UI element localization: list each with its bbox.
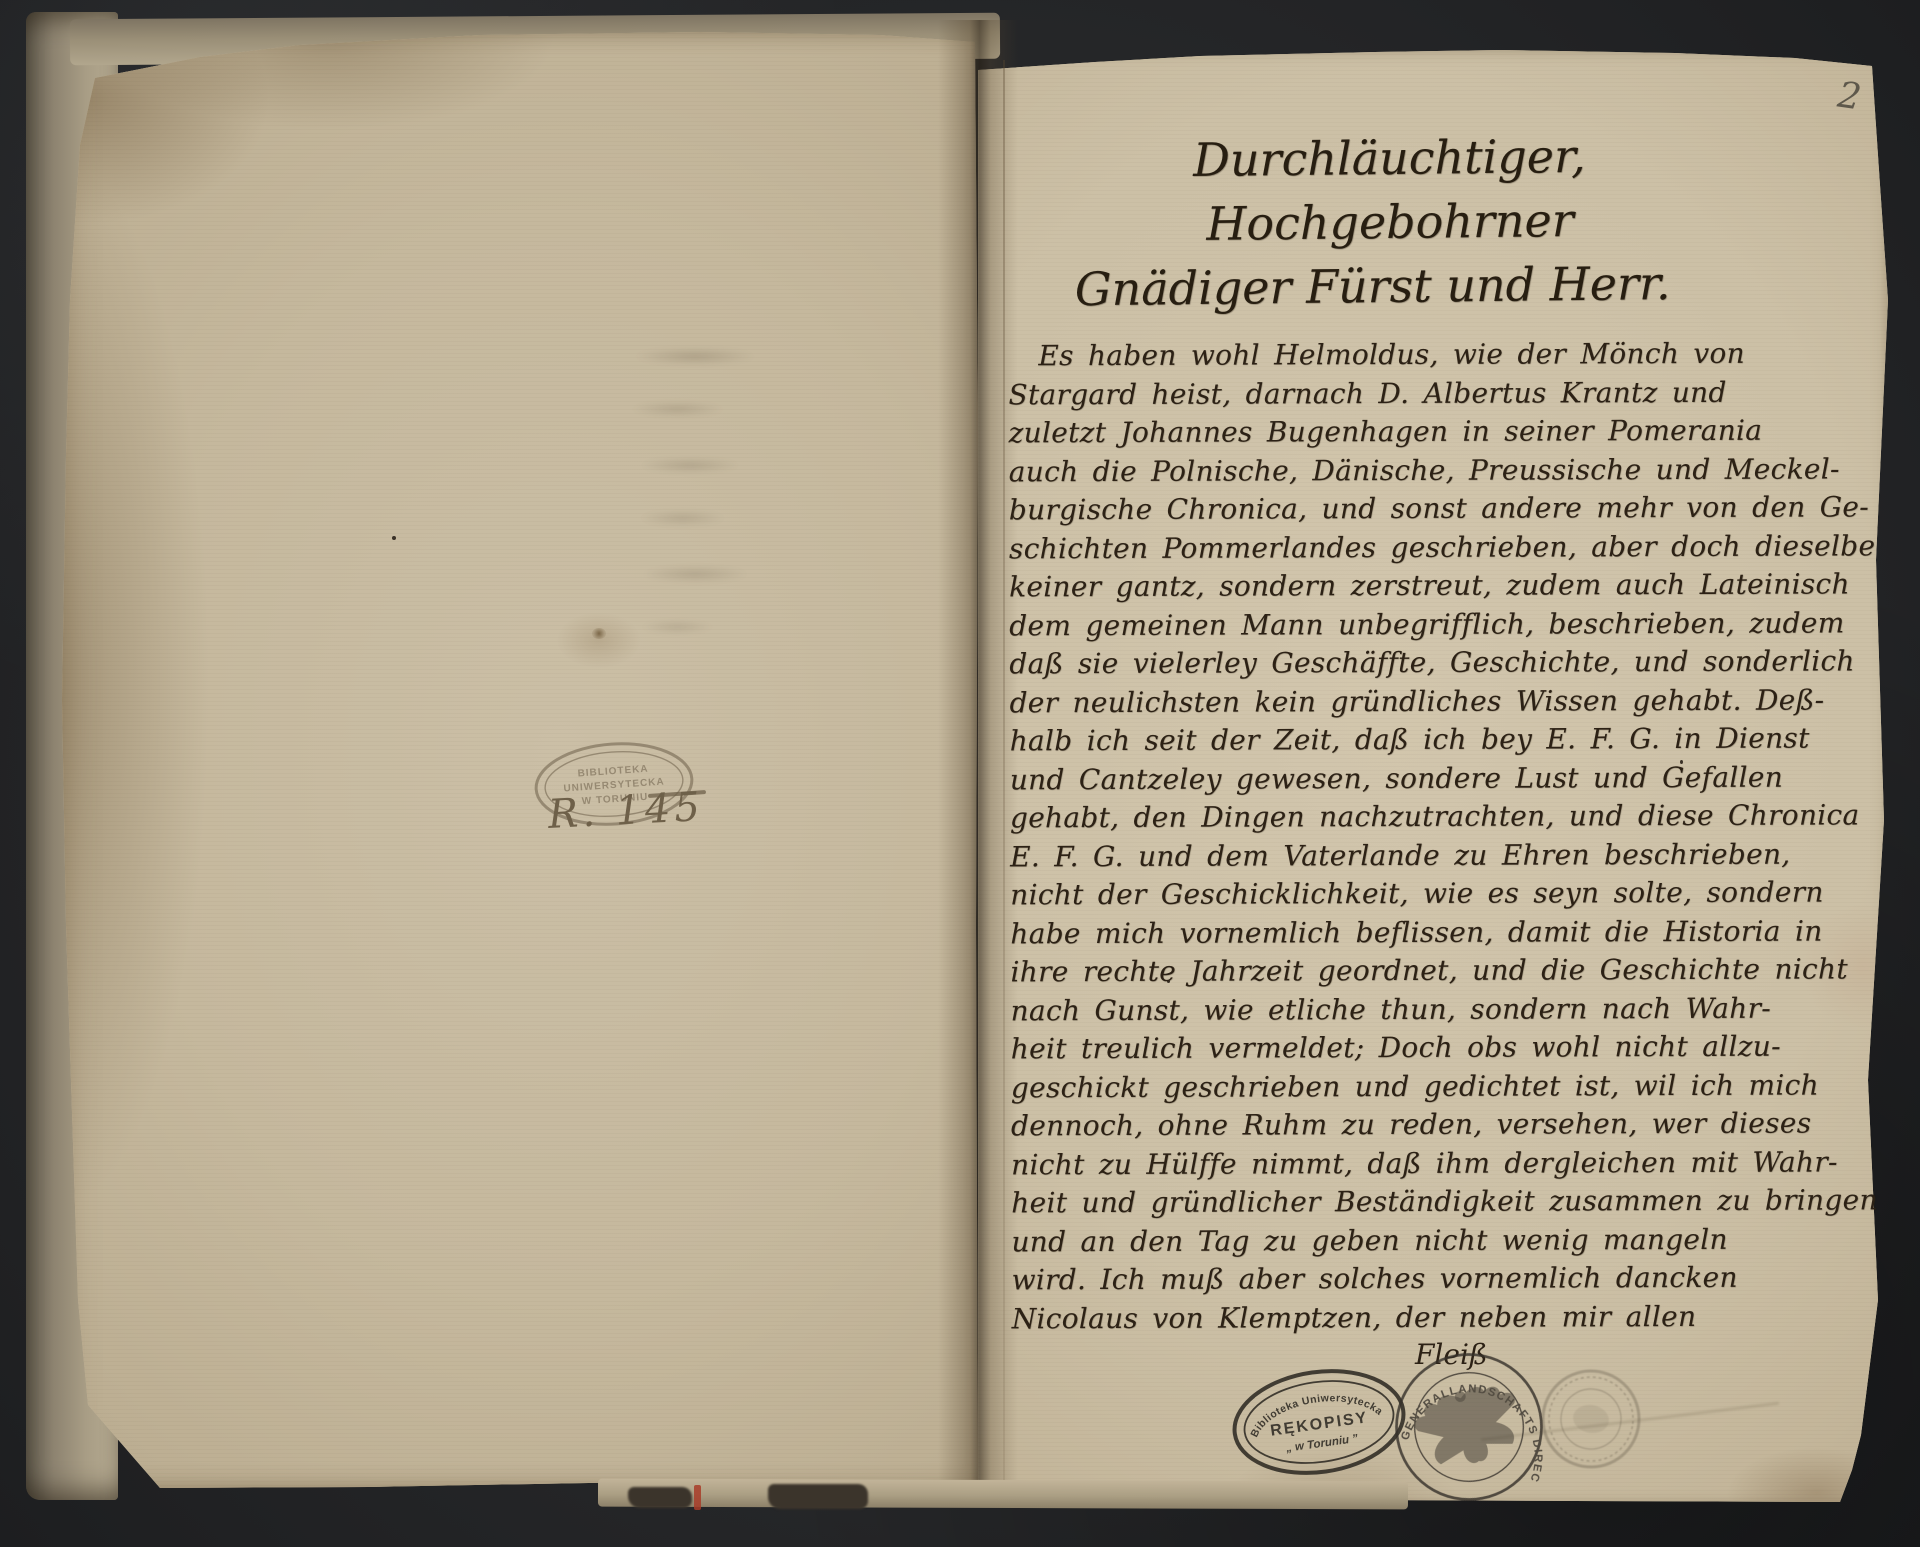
faint-illegible-round-stamp — [1528, 1356, 1653, 1481]
text-line: E. F. G. und dem Vaterlande zu Ehren bes… — [1010, 835, 1785, 876]
red-thread-mark — [694, 1485, 701, 1510]
text-line: Stargard heist, darnach D. Albertus Kran… — [1008, 373, 1783, 414]
text-line: nicht der Geschicklichkeit, wie es seyn … — [1010, 874, 1785, 915]
text-line: heit treulich vermeldet; Doch obs wohl n… — [1011, 1028, 1786, 1069]
text-line: dennoch, ohne Ruhm zu reden, versehen, w… — [1011, 1105, 1786, 1146]
text-line: und Cantzeley gewesen, sondere Lust und … — [1010, 758, 1785, 799]
text-line: geschickt geschrieben und gedichtet ist,… — [1011, 1066, 1786, 1107]
text-line: keiner gantz, sondern zerstreut, zudem a… — [1009, 566, 1784, 607]
text-line: der neulichsten kein gründliches Wissen … — [1009, 681, 1784, 722]
manuscript-body: Es haben wohl Helmoldus, wie der Mönch v… — [1008, 335, 1786, 1339]
text-line: dem gemeinen Mann unbegrifflich, beschri… — [1009, 604, 1784, 645]
text-line: schichten Pommerlandes geschrieben, aber… — [1009, 527, 1784, 568]
text-line: Es haben wohl Helmoldus, wie der Mönch v… — [1008, 335, 1783, 376]
text-line: Nicolaus von Klemptzen, der neben mir al… — [1012, 1297, 1787, 1338]
text-line: ihre rechte Jahrzeit geordnet, und die G… — [1010, 951, 1785, 992]
page-block-bottom-edge — [598, 1479, 1408, 1510]
text-line: wird. Ich muß aber solches vornemlich da… — [1011, 1259, 1786, 1300]
text-line: heit und gründlicher Beständigkeit zusam… — [1011, 1182, 1786, 1223]
paper-stain — [592, 628, 606, 639]
text-line: auch die Polnische, Dänische, Preussisch… — [1009, 450, 1784, 491]
ink-show-through — [540, 330, 790, 660]
heading-line-2: Gnädiger Fürst und Herr. — [987, 250, 1758, 322]
left-page — [50, 25, 980, 1490]
text-line: daß sie vielerley Geschäffte, Geschichte… — [1009, 643, 1784, 684]
dedication-heading: Durchläuchtiger, Hochgebohrner Gnädiger … — [1004, 122, 1776, 322]
ink-speck — [392, 536, 396, 540]
text-line: gehabt, den Dingen nachzutrachten, und d… — [1010, 797, 1785, 838]
worn-edge-patch — [768, 1484, 868, 1509]
worn-edge-patch — [628, 1487, 692, 1508]
text-line: nicht zu Hülffe nimmt, daß ihm dergleich… — [1011, 1143, 1786, 1184]
text-line: burgische Chronica, und sonst andere meh… — [1009, 489, 1784, 530]
text-line: zuletzt Johannes Bugenhagen in seiner Po… — [1009, 412, 1784, 453]
text-line: habe mich vornemlich beflissen, damit di… — [1010, 912, 1785, 953]
text-line: halb ich seit der Zeit, daß ich bey E. F… — [1010, 720, 1785, 761]
text-line: nach Gunst, wie etliche thun, sondern na… — [1011, 989, 1786, 1030]
manuscript-scan: BIBLIOTEKA UNIWERSYTECKA W TORUNIU R. 14… — [0, 0, 1920, 1547]
stamp-center-smudge — [1571, 1402, 1611, 1436]
heading-line-1: Durchläuchtiger, Hochgebohrner — [1193, 129, 1586, 251]
text-line: und an den Tag zu geben nicht wenig mang… — [1011, 1220, 1786, 1261]
stamp-line1: BIBLIOTEKA — [577, 764, 649, 780]
